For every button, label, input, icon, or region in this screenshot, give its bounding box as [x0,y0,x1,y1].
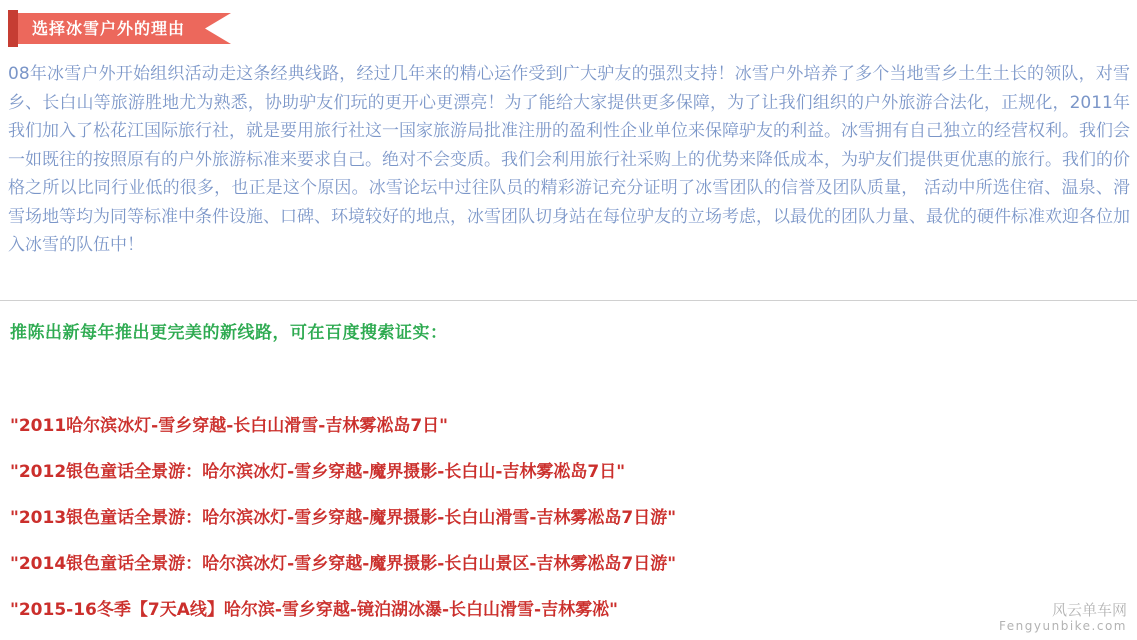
intro-paragraph: 08年冰雪户外开始组织活动走这条经典线路，经过几年来的精心运作受到广大驴友的强烈… [8,60,1130,260]
section-ribbon: 选择冰雪户外的理由 [8,10,231,47]
ribbon-accent-bar [8,10,18,47]
routes-heading: 推陈出新每年推出更完美的新线路，可在百度搜索证实： [10,318,448,343]
route-item[interactable]: "2013银色童话全景游：哈尔滨冰灯-雪乡穿越-魔界摄影-长白山滑雪-吉林雾凇岛… [10,508,676,529]
section-divider [0,300,1137,301]
watermark: 风云单车网 Fengyunbike.com [999,601,1127,634]
route-item[interactable]: "2011哈尔滨冰灯-雪乡穿越-长白山滑雪-吉林雾凇岛7日" [10,416,676,437]
route-item[interactable]: "2015-16冬季【7天A线】哈尔滨-雪乡穿越-镜泊湖冰瀑-长白山滑雪-吉林雾… [10,600,676,621]
route-item[interactable]: "2014银色童话全景游：哈尔滨冰灯-雪乡穿越-魔界摄影-长白山景区-吉林雾凇岛… [10,554,676,575]
route-item[interactable]: "2012银色童话全景游：哈尔滨冰灯-雪乡穿越-魔界摄影-长白山-吉林雾凇岛7日… [10,462,676,483]
ribbon-label: 选择冰雪户外的理由 [18,13,231,44]
watermark-domain: Fengyunbike.com [999,619,1127,634]
watermark-site-name: 风云单车网 [999,601,1127,619]
route-list: "2011哈尔滨冰灯-雪乡穿越-长白山滑雪-吉林雾凇岛7日""2012银色童话全… [10,416,676,640]
page: 选择冰雪户外的理由 08年冰雪户外开始组织活动走这条经典线路，经过几年来的精心运… [0,0,1137,640]
